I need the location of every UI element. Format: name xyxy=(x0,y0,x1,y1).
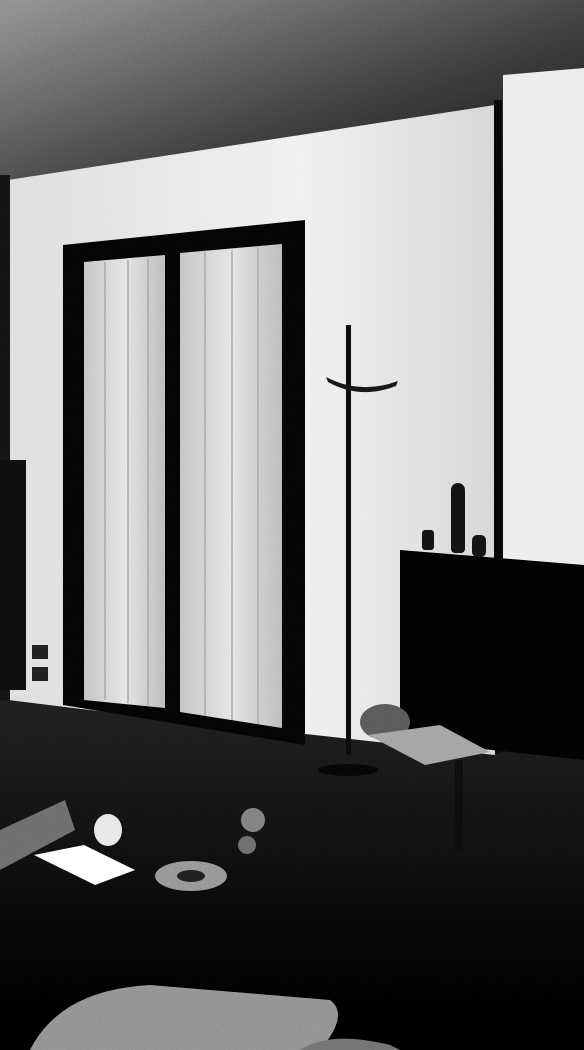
interior-photo xyxy=(0,0,584,1050)
photo-scene xyxy=(0,0,584,1050)
